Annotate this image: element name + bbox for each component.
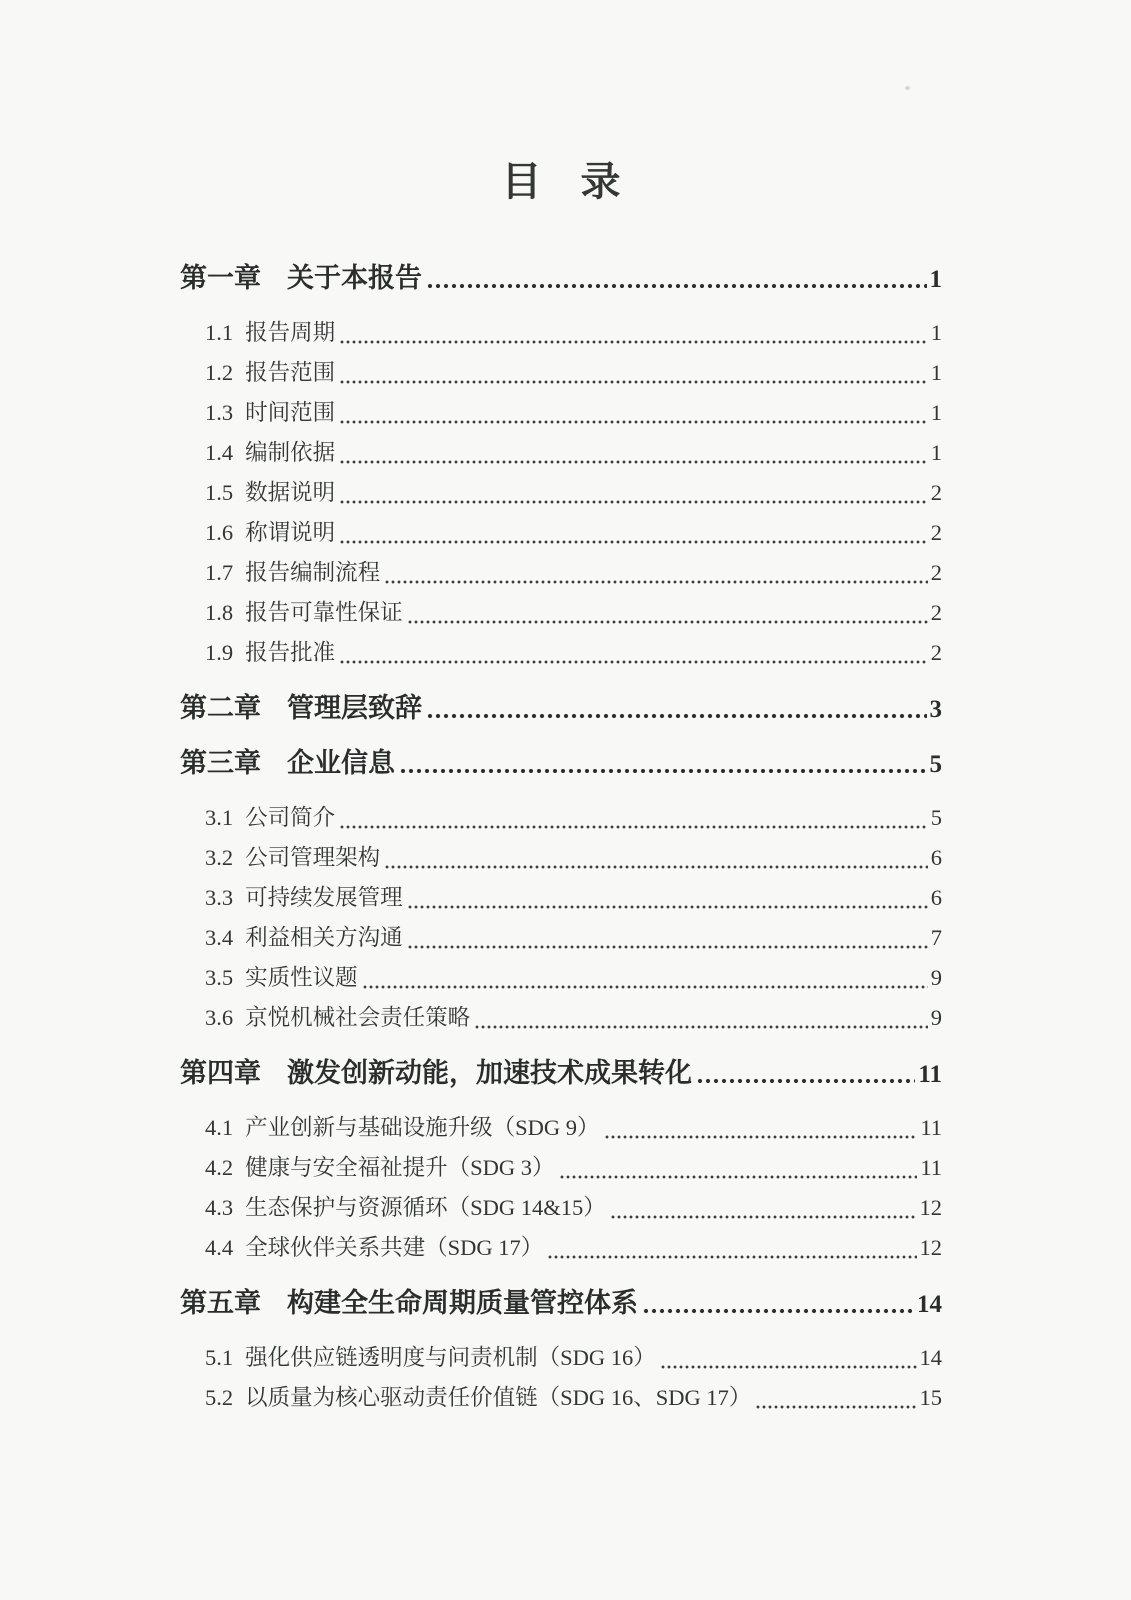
dot-leader xyxy=(697,1078,915,1084)
toc-chapter-row: 第二章 管理层致辞 3 xyxy=(180,688,942,728)
toc-entry-title: 时间范围 xyxy=(245,393,335,433)
toc-entry-number: 3.2 xyxy=(205,838,233,878)
toc-entry-number: 第二章 xyxy=(180,688,261,728)
dot-leader xyxy=(340,459,928,465)
toc-item-row: 3.4 利益相关方沟通 7 xyxy=(180,918,942,958)
toc-entry-page: 14 xyxy=(920,1338,943,1378)
toc-entry-number: 第四章 xyxy=(180,1053,261,1093)
toc-entry-page: 9 xyxy=(931,998,942,1038)
toc-entry-title: 构建全生命周期质量管控体系 xyxy=(287,1283,638,1323)
toc-item-row: 5.2 以质量为核心驱动责任价值链（SDG 16、SDG 17） 15 xyxy=(180,1378,942,1418)
dot-leader xyxy=(340,539,928,545)
toc-entry-number: 4.1 xyxy=(205,1108,233,1148)
dot-leader xyxy=(560,1174,918,1180)
toc-entry-number: 1.8 xyxy=(205,593,233,633)
toc-entry-title: 全球伙伴关系共建（SDG 17） xyxy=(245,1228,543,1268)
toc-entry-title: 利益相关方沟通 xyxy=(245,918,403,958)
dot-leader xyxy=(661,1364,917,1370)
toc-entry-number: 第三章 xyxy=(180,743,261,783)
toc-entry-number: 1.9 xyxy=(205,633,233,673)
dot-leader xyxy=(643,1308,914,1314)
toc-item-row: 4.4 全球伙伴关系共建（SDG 17） 12 xyxy=(180,1228,942,1268)
toc-entry-title: 管理层致辞 xyxy=(287,688,422,728)
dot-leader xyxy=(340,659,928,665)
toc-entry-page: 1 xyxy=(930,260,943,300)
toc-entry-title: 健康与安全福祉提升（SDG 3） xyxy=(245,1148,554,1188)
dot-leader xyxy=(427,283,927,289)
toc-item-row: 3.5 实质性议题 9 xyxy=(180,958,942,998)
toc-page: 目 录 第一章 关于本报告 1 1.1 报告周期 1 1.2 报告范围 1 1.… xyxy=(180,156,942,1418)
dot-leader xyxy=(548,1254,916,1260)
toc-entry-title: 生态保护与资源循环（SDG 14&15） xyxy=(245,1188,606,1228)
dot-leader xyxy=(385,864,928,870)
toc-entry-title: 产业创新与基础设施升级（SDG 9） xyxy=(245,1108,599,1148)
toc-item-row: 4.3 生态保护与资源循环（SDG 14&15） 12 xyxy=(180,1188,942,1228)
toc-item-row: 3.1 公司简介 5 xyxy=(180,798,942,838)
toc-entry-page: 11 xyxy=(920,1108,942,1148)
toc-entry-page: 6 xyxy=(931,838,942,878)
toc-entry-number: 1.7 xyxy=(205,553,233,593)
toc-entry-number: 1.5 xyxy=(205,473,233,513)
toc-entry-title: 公司管理架构 xyxy=(245,838,380,878)
toc-entry-title: 实质性议题 xyxy=(245,958,358,998)
dot-leader xyxy=(340,379,928,385)
dot-leader xyxy=(363,984,928,990)
scan-speck xyxy=(905,86,910,90)
toc-entry-title: 以质量为核心驱动责任价值链（SDG 16、SDG 17） xyxy=(245,1378,751,1418)
dot-leader xyxy=(605,1134,918,1140)
toc-entry-title: 报告可靠性保证 xyxy=(245,593,403,633)
dot-leader xyxy=(340,824,928,830)
toc-item-row: 4.1 产业创新与基础设施升级（SDG 9） 11 xyxy=(180,1108,942,1148)
toc-entry-number: 5.2 xyxy=(205,1378,233,1418)
dot-leader xyxy=(408,904,928,910)
toc-item-row: 3.2 公司管理架构 6 xyxy=(180,838,942,878)
dot-leader xyxy=(340,339,928,345)
dot-leader xyxy=(427,713,927,719)
toc-chapter-row: 第五章 构建全生命周期质量管控体系 14 xyxy=(180,1283,942,1323)
scanned-document-page: { "document": { "title": "目 录", "toc": [… xyxy=(0,0,1131,1600)
toc-item-row: 1.2 报告范围 1 xyxy=(180,353,942,393)
toc-entry-page: 1 xyxy=(931,393,942,433)
dot-leader xyxy=(611,1214,917,1220)
toc-entry-number: 4.3 xyxy=(205,1188,233,1228)
toc-entry-number: 3.6 xyxy=(205,998,233,1038)
toc-entry-number: 4.4 xyxy=(205,1228,233,1268)
toc-entry-page: 12 xyxy=(920,1188,943,1228)
toc-entry-number: 第一章 xyxy=(180,258,261,298)
toc-entry-page: 9 xyxy=(931,958,942,998)
toc-item-row: 1.6 称谓说明 2 xyxy=(180,513,942,553)
toc-item-row: 1.1 报告周期 1 xyxy=(180,313,942,353)
toc-entry-title: 激发创新动能，加速技术成果转化 xyxy=(287,1053,692,1093)
toc-entry-number: 3.4 xyxy=(205,918,233,958)
toc-entry-page: 11 xyxy=(918,1055,942,1095)
toc-entry-title: 报告范围 xyxy=(245,353,335,393)
toc-entry-number: 1.6 xyxy=(205,513,233,553)
toc-entry-number: 1.2 xyxy=(205,353,233,393)
toc-entry-page: 2 xyxy=(931,473,942,513)
toc-entry-page: 3 xyxy=(930,690,943,730)
toc-entry-page: 5 xyxy=(931,798,942,838)
toc-item-row: 1.4 编制依据 1 xyxy=(180,433,942,473)
toc-entry-page: 14 xyxy=(917,1285,942,1325)
dot-leader xyxy=(340,499,928,505)
toc-entry-number: 1.3 xyxy=(205,393,233,433)
dot-leader xyxy=(408,944,928,950)
toc-entry-page: 1 xyxy=(931,353,942,393)
toc-item-row: 5.1 强化供应链透明度与问责机制（SDG 16） 14 xyxy=(180,1338,942,1378)
toc-item-row: 1.5 数据说明 2 xyxy=(180,473,942,513)
toc-entry-title: 公司简介 xyxy=(245,798,335,838)
toc-item-row: 3.6 京悦机械社会责任策略 9 xyxy=(180,998,942,1038)
toc-chapter-row: 第一章 关于本报告 1 xyxy=(180,258,942,298)
toc-chapter-row: 第四章 激发创新动能，加速技术成果转化 11 xyxy=(180,1053,942,1093)
toc-item-row: 3.3 可持续发展管理 6 xyxy=(180,878,942,918)
toc-entry-title: 京悦机械社会责任策略 xyxy=(245,998,470,1038)
toc-page-title: 目 录 xyxy=(180,156,942,208)
toc-list: 第一章 关于本报告 1 1.1 报告周期 1 1.2 报告范围 1 1.3 时间… xyxy=(180,258,942,1418)
toc-entry-number: 1.1 xyxy=(205,313,233,353)
toc-entry-title: 报告周期 xyxy=(245,313,335,353)
toc-entry-page: 15 xyxy=(920,1378,943,1418)
toc-item-row: 1.8 报告可靠性保证 2 xyxy=(180,593,942,633)
toc-entry-number: 3.3 xyxy=(205,878,233,918)
toc-entry-number: 3.1 xyxy=(205,798,233,838)
toc-entry-page: 2 xyxy=(931,633,942,673)
toc-entry-number: 第五章 xyxy=(180,1283,261,1323)
dot-leader xyxy=(475,1024,928,1030)
toc-entry-title: 企业信息 xyxy=(287,743,395,783)
toc-entry-number: 1.4 xyxy=(205,433,233,473)
toc-entry-title: 报告批准 xyxy=(245,633,335,673)
toc-item-row: 1.7 报告编制流程 2 xyxy=(180,553,942,593)
dot-leader xyxy=(400,768,927,774)
toc-entry-title: 数据说明 xyxy=(245,473,335,513)
dot-leader xyxy=(756,1404,916,1410)
toc-entry-title: 称谓说明 xyxy=(245,513,335,553)
toc-entry-title: 报告编制流程 xyxy=(245,553,380,593)
dot-leader xyxy=(340,419,928,425)
dot-leader xyxy=(385,579,928,585)
toc-entry-page: 5 xyxy=(930,745,943,785)
toc-entry-page: 2 xyxy=(931,513,942,553)
toc-entry-number: 5.1 xyxy=(205,1338,233,1378)
dot-leader xyxy=(408,619,928,625)
toc-entry-title: 编制依据 xyxy=(245,433,335,473)
toc-item-row: 1.9 报告批准 2 xyxy=(180,633,942,673)
toc-entry-page: 6 xyxy=(931,878,942,918)
toc-entry-page: 1 xyxy=(931,433,942,473)
toc-entry-page: 11 xyxy=(920,1148,942,1188)
toc-entry-title: 强化供应链透明度与问责机制（SDG 16） xyxy=(245,1338,656,1378)
toc-entry-page: 1 xyxy=(931,313,942,353)
toc-entry-page: 7 xyxy=(931,918,942,958)
toc-entry-title: 关于本报告 xyxy=(287,258,422,298)
toc-entry-page: 2 xyxy=(931,593,942,633)
toc-item-row: 1.3 时间范围 1 xyxy=(180,393,942,433)
toc-entry-number: 3.5 xyxy=(205,958,233,998)
toc-entry-title: 可持续发展管理 xyxy=(245,878,403,918)
toc-chapter-row: 第三章 企业信息 5 xyxy=(180,743,942,783)
toc-item-row: 4.2 健康与安全福祉提升（SDG 3） 11 xyxy=(180,1148,942,1188)
toc-entry-page: 12 xyxy=(920,1228,943,1268)
toc-entry-number: 4.2 xyxy=(205,1148,233,1188)
toc-entry-page: 2 xyxy=(931,553,942,593)
